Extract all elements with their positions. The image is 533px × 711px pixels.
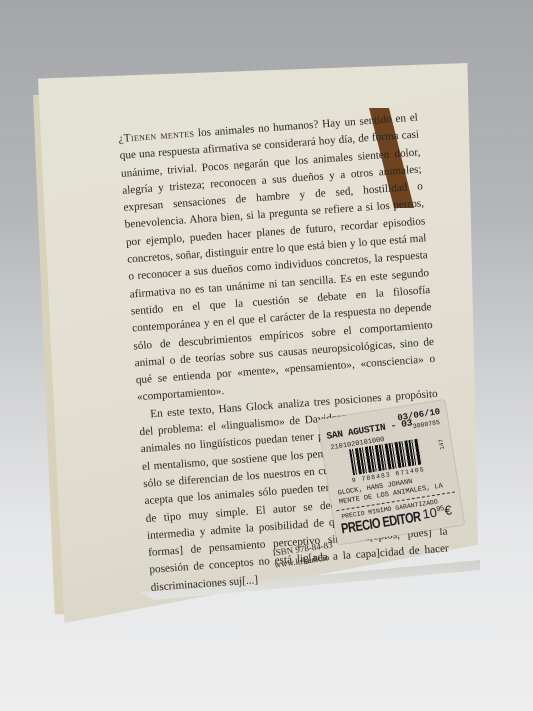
price-sticker: 03/06/10 SAN AGUSTIN - 03 3000785 210102… — [318, 400, 464, 544]
blurb-paragraph-1-text: los animales no humanos? Hay un sentido … — [119, 112, 435, 404]
blurb-paragraph-1: ¿Tienen mentes los animales no humanos? … — [118, 110, 437, 407]
sticker-price: 1095€ — [421, 502, 452, 521]
sticker-side-code: 147 — [438, 439, 447, 451]
blurb-lead: ¿Tienen mentes — [118, 128, 194, 145]
sticker-code-right: 3000785 — [412, 419, 440, 430]
price-currency: € — [443, 502, 452, 518]
